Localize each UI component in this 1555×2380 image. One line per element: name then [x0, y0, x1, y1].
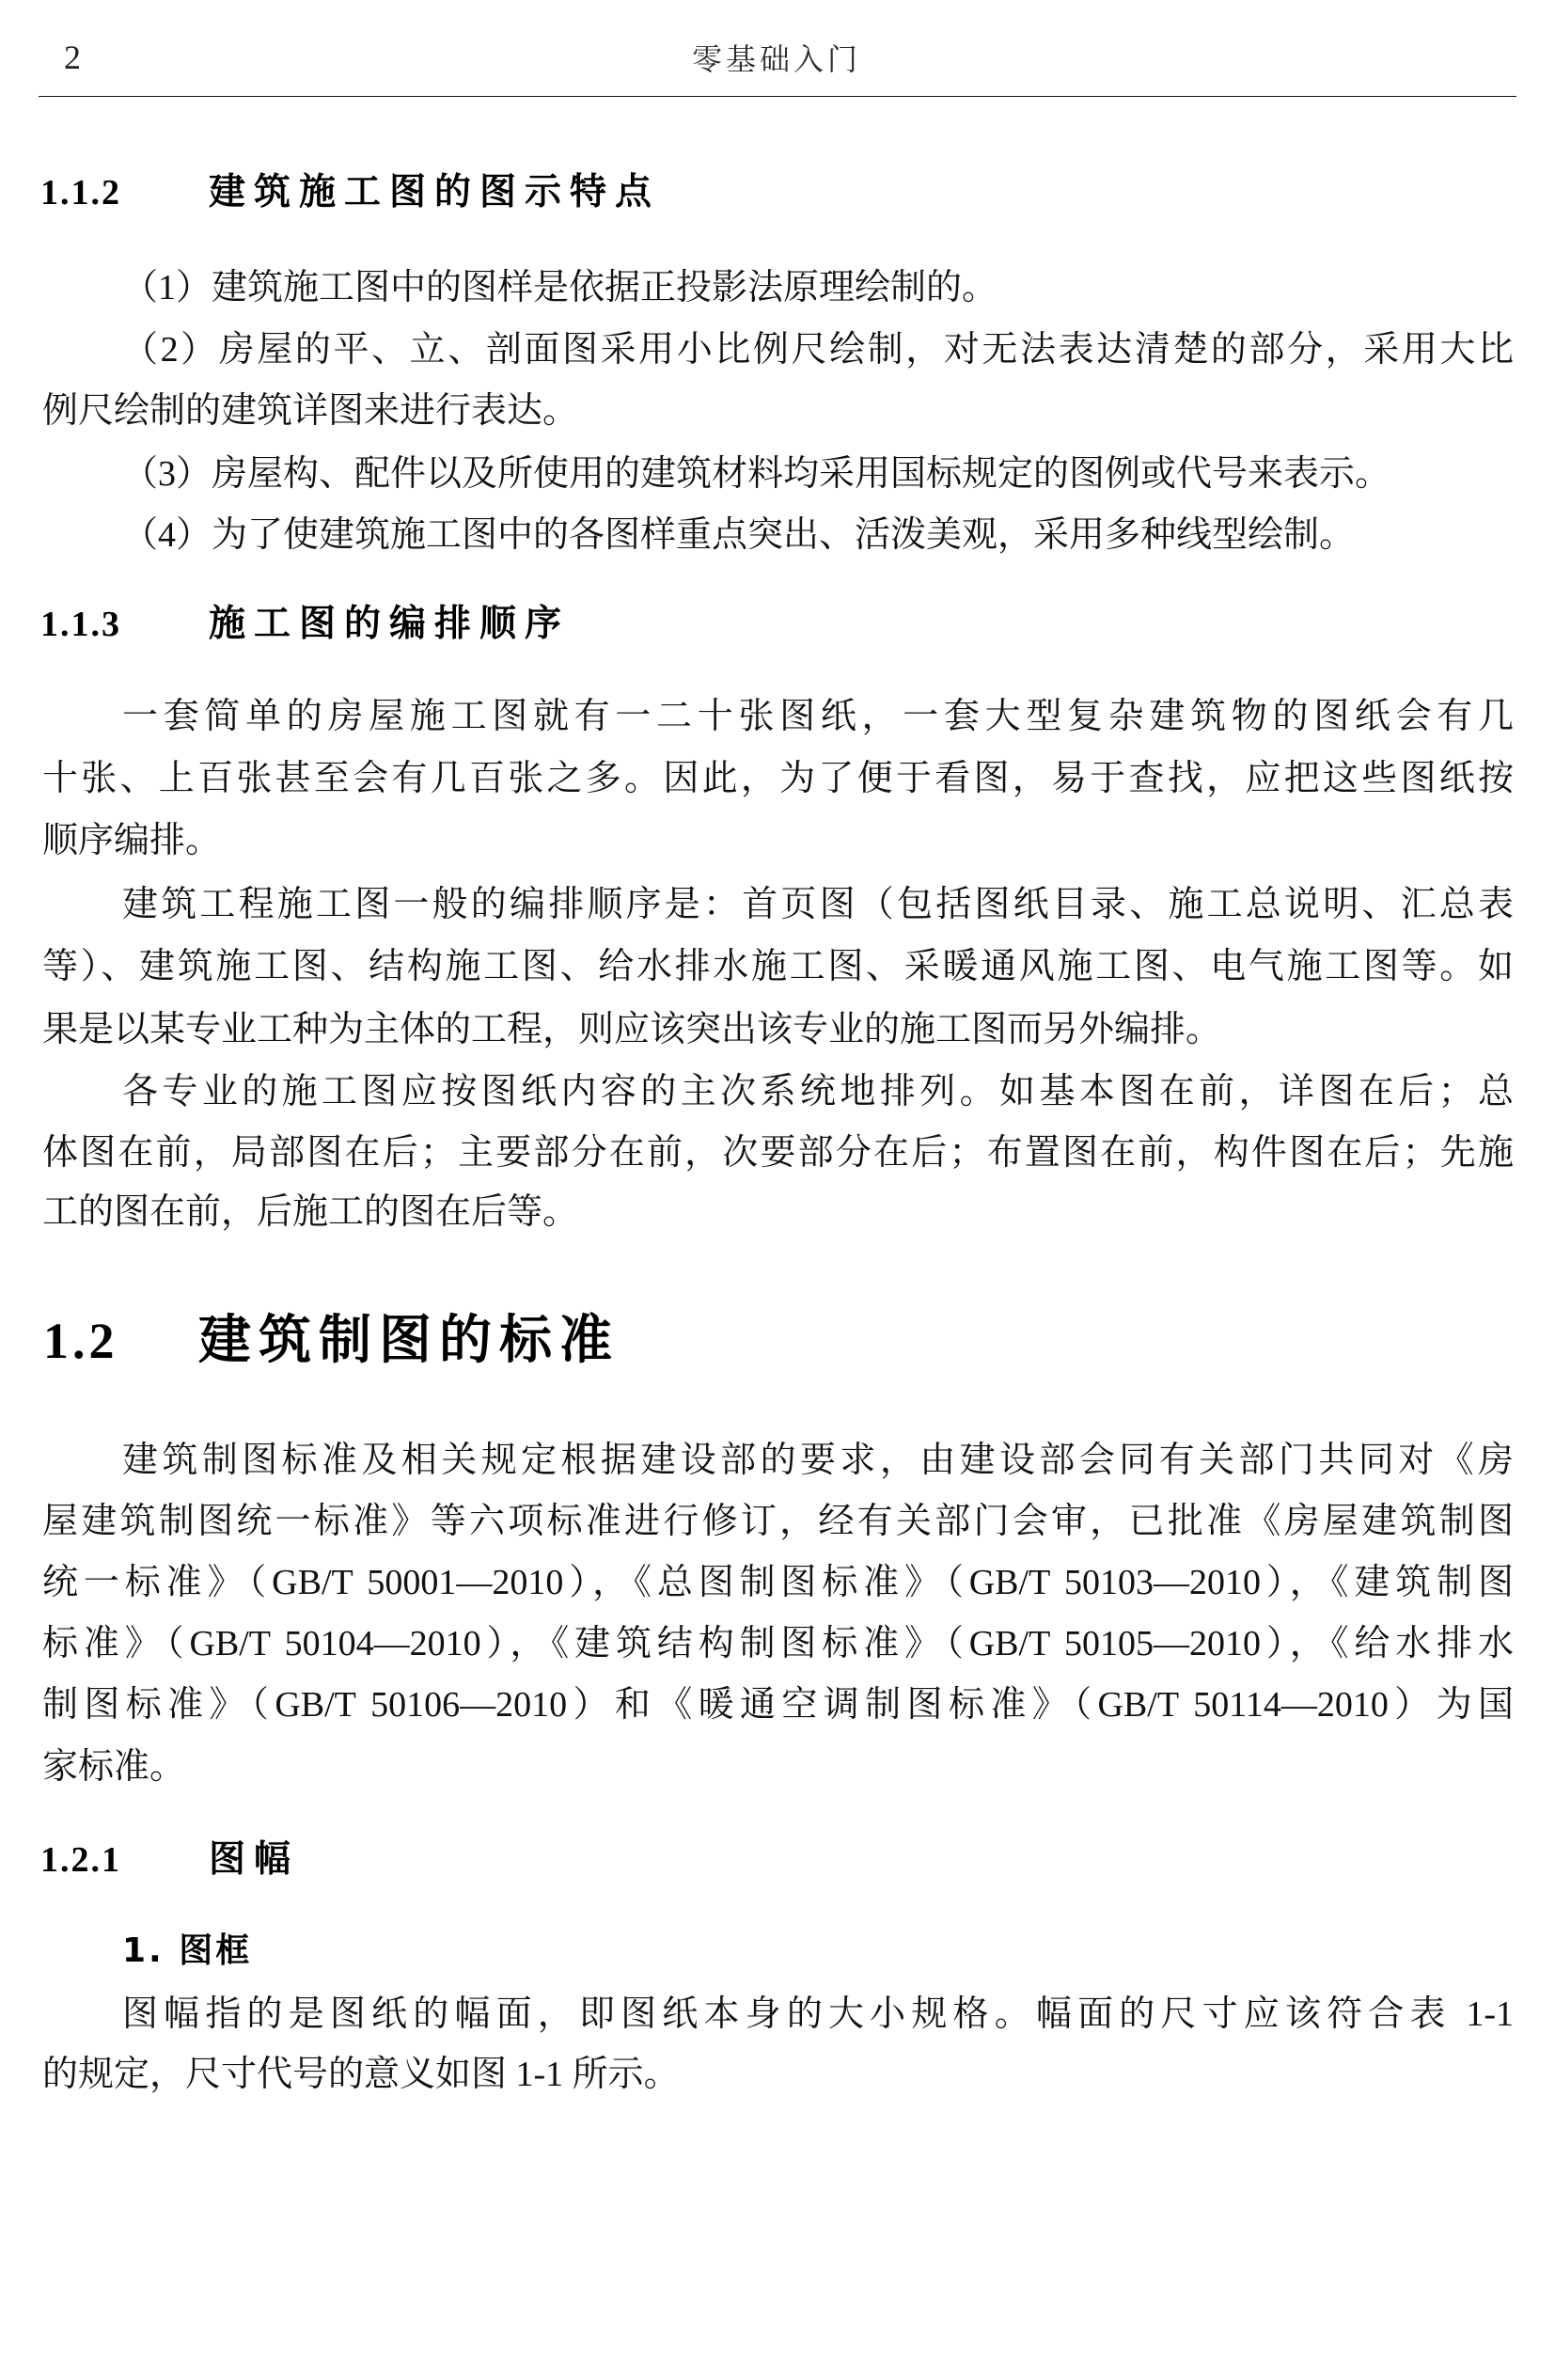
list-item-1: （1）建筑施工图中的图样是依据正投影法原理绘制的。 — [122, 257, 1514, 319]
paragraph-line-6: 家标准。 — [42, 1736, 1514, 1798]
paragraph-1-line-1: 一套简单的房屋施工图就有一二十张图纸，一套大型复杂建筑物的图纸会有几 — [122, 686, 1514, 748]
paragraph-2-line-3: 果是以某专业工种为主体的工程，则应该突出该专业的施工图而另外编排。 — [42, 999, 1514, 1061]
section-number: 1.2.1 — [40, 1829, 121, 1891]
paragraph-3-line-1: 各专业的施工图应按图纸内容的主次系统地排列。如基本图在前，详图在后；总 — [122, 1061, 1514, 1123]
paragraph-3-line-3: 工的图在前，后施工的图在后等。 — [42, 1181, 1514, 1243]
list-item-2-line-2: 例尺绘制的建筑详图来进行表达。 — [42, 380, 1514, 442]
page-number: 2 — [64, 36, 81, 79]
paragraph-line-2: 的规定，尺寸代号的意义如图 1-1 所示。 — [42, 2043, 1514, 2105]
section-title: 建筑制图的标准 — [198, 1303, 620, 1379]
section-title: 图幅 — [209, 1829, 299, 1891]
paragraph-1-line-2: 十张、上百张甚至会有几百张之多。因此，为了便于看图，易于查找，应把这些图纸按 — [42, 748, 1514, 810]
paragraph-2-line-1: 建筑工程施工图一般的编排顺序是：首页图（包括图纸目录、施工总说明、汇总表 — [122, 874, 1514, 936]
running-header-title: 零基础入门 — [636, 38, 918, 81]
subheading-frame: 1. 图框 — [122, 1920, 252, 1982]
book-page: 2 零基础入门 1.1.2 建筑施工图的图示特点 （1）建筑施工图中的图样是依据… — [0, 0, 1555, 2380]
header-rule — [39, 96, 1516, 97]
paragraph-line-3: 统一标准》（GB/T 50001—2010），《总图制图标准》（GB/T 501… — [42, 1552, 1514, 1614]
paragraph-line-1: 建筑制图标准及相关规定根据建设部的要求，由建设部会同有关部门共同对《房 — [122, 1429, 1514, 1491]
paragraph-line-4: 标准》（GB/T 50104—2010），《建筑结构制图标准》（GB/T 501… — [42, 1613, 1514, 1675]
paragraph-1-line-3: 顺序编排。 — [42, 810, 1514, 872]
section-title: 施工图的编排顺序 — [209, 593, 570, 655]
list-item-3: （3）房屋构、配件以及所使用的建筑材料均采用国标规定的图例或代号来表示。 — [122, 443, 1514, 505]
paragraph-3-line-2: 体图在前，局部图在后；主要部分在前，次要部分在后；布置图在前，构件图在后；先施 — [42, 1122, 1514, 1184]
section-number: 1.1.2 — [40, 162, 121, 224]
section-number: 1.1.3 — [40, 593, 121, 655]
paragraph-2-line-2: 等）、建筑施工图、结构施工图、给水排水施工图、采暖通风施工图、电气施工图等。如 — [42, 936, 1514, 998]
paragraph-line-2: 屋建筑制图统一标准》等六项标准进行修订，经有关部门会审，已批准《房屋建筑制图 — [42, 1490, 1514, 1553]
list-item-2-line-1: （2）房屋的平、立、剖面图采用小比例尺绘制，对无法表达清楚的部分，采用大比 — [122, 319, 1514, 381]
section-title: 建筑施工图的图示特点 — [209, 162, 660, 224]
list-item-4: （4）为了使建筑施工图中的各图样重点突出、活泼美观，采用多种线型绘制。 — [122, 504, 1514, 566]
section-number: 1.2 — [43, 1303, 118, 1379]
paragraph-line-5: 制图标准》（GB/T 50106—2010）和《暖通空调制图标准》（GB/T 5… — [42, 1674, 1514, 1736]
paragraph-line-1: 图幅指的是图纸的幅面，即图纸本身的大小规格。幅面的尺寸应该符合表 1-1 — [122, 1983, 1514, 2045]
